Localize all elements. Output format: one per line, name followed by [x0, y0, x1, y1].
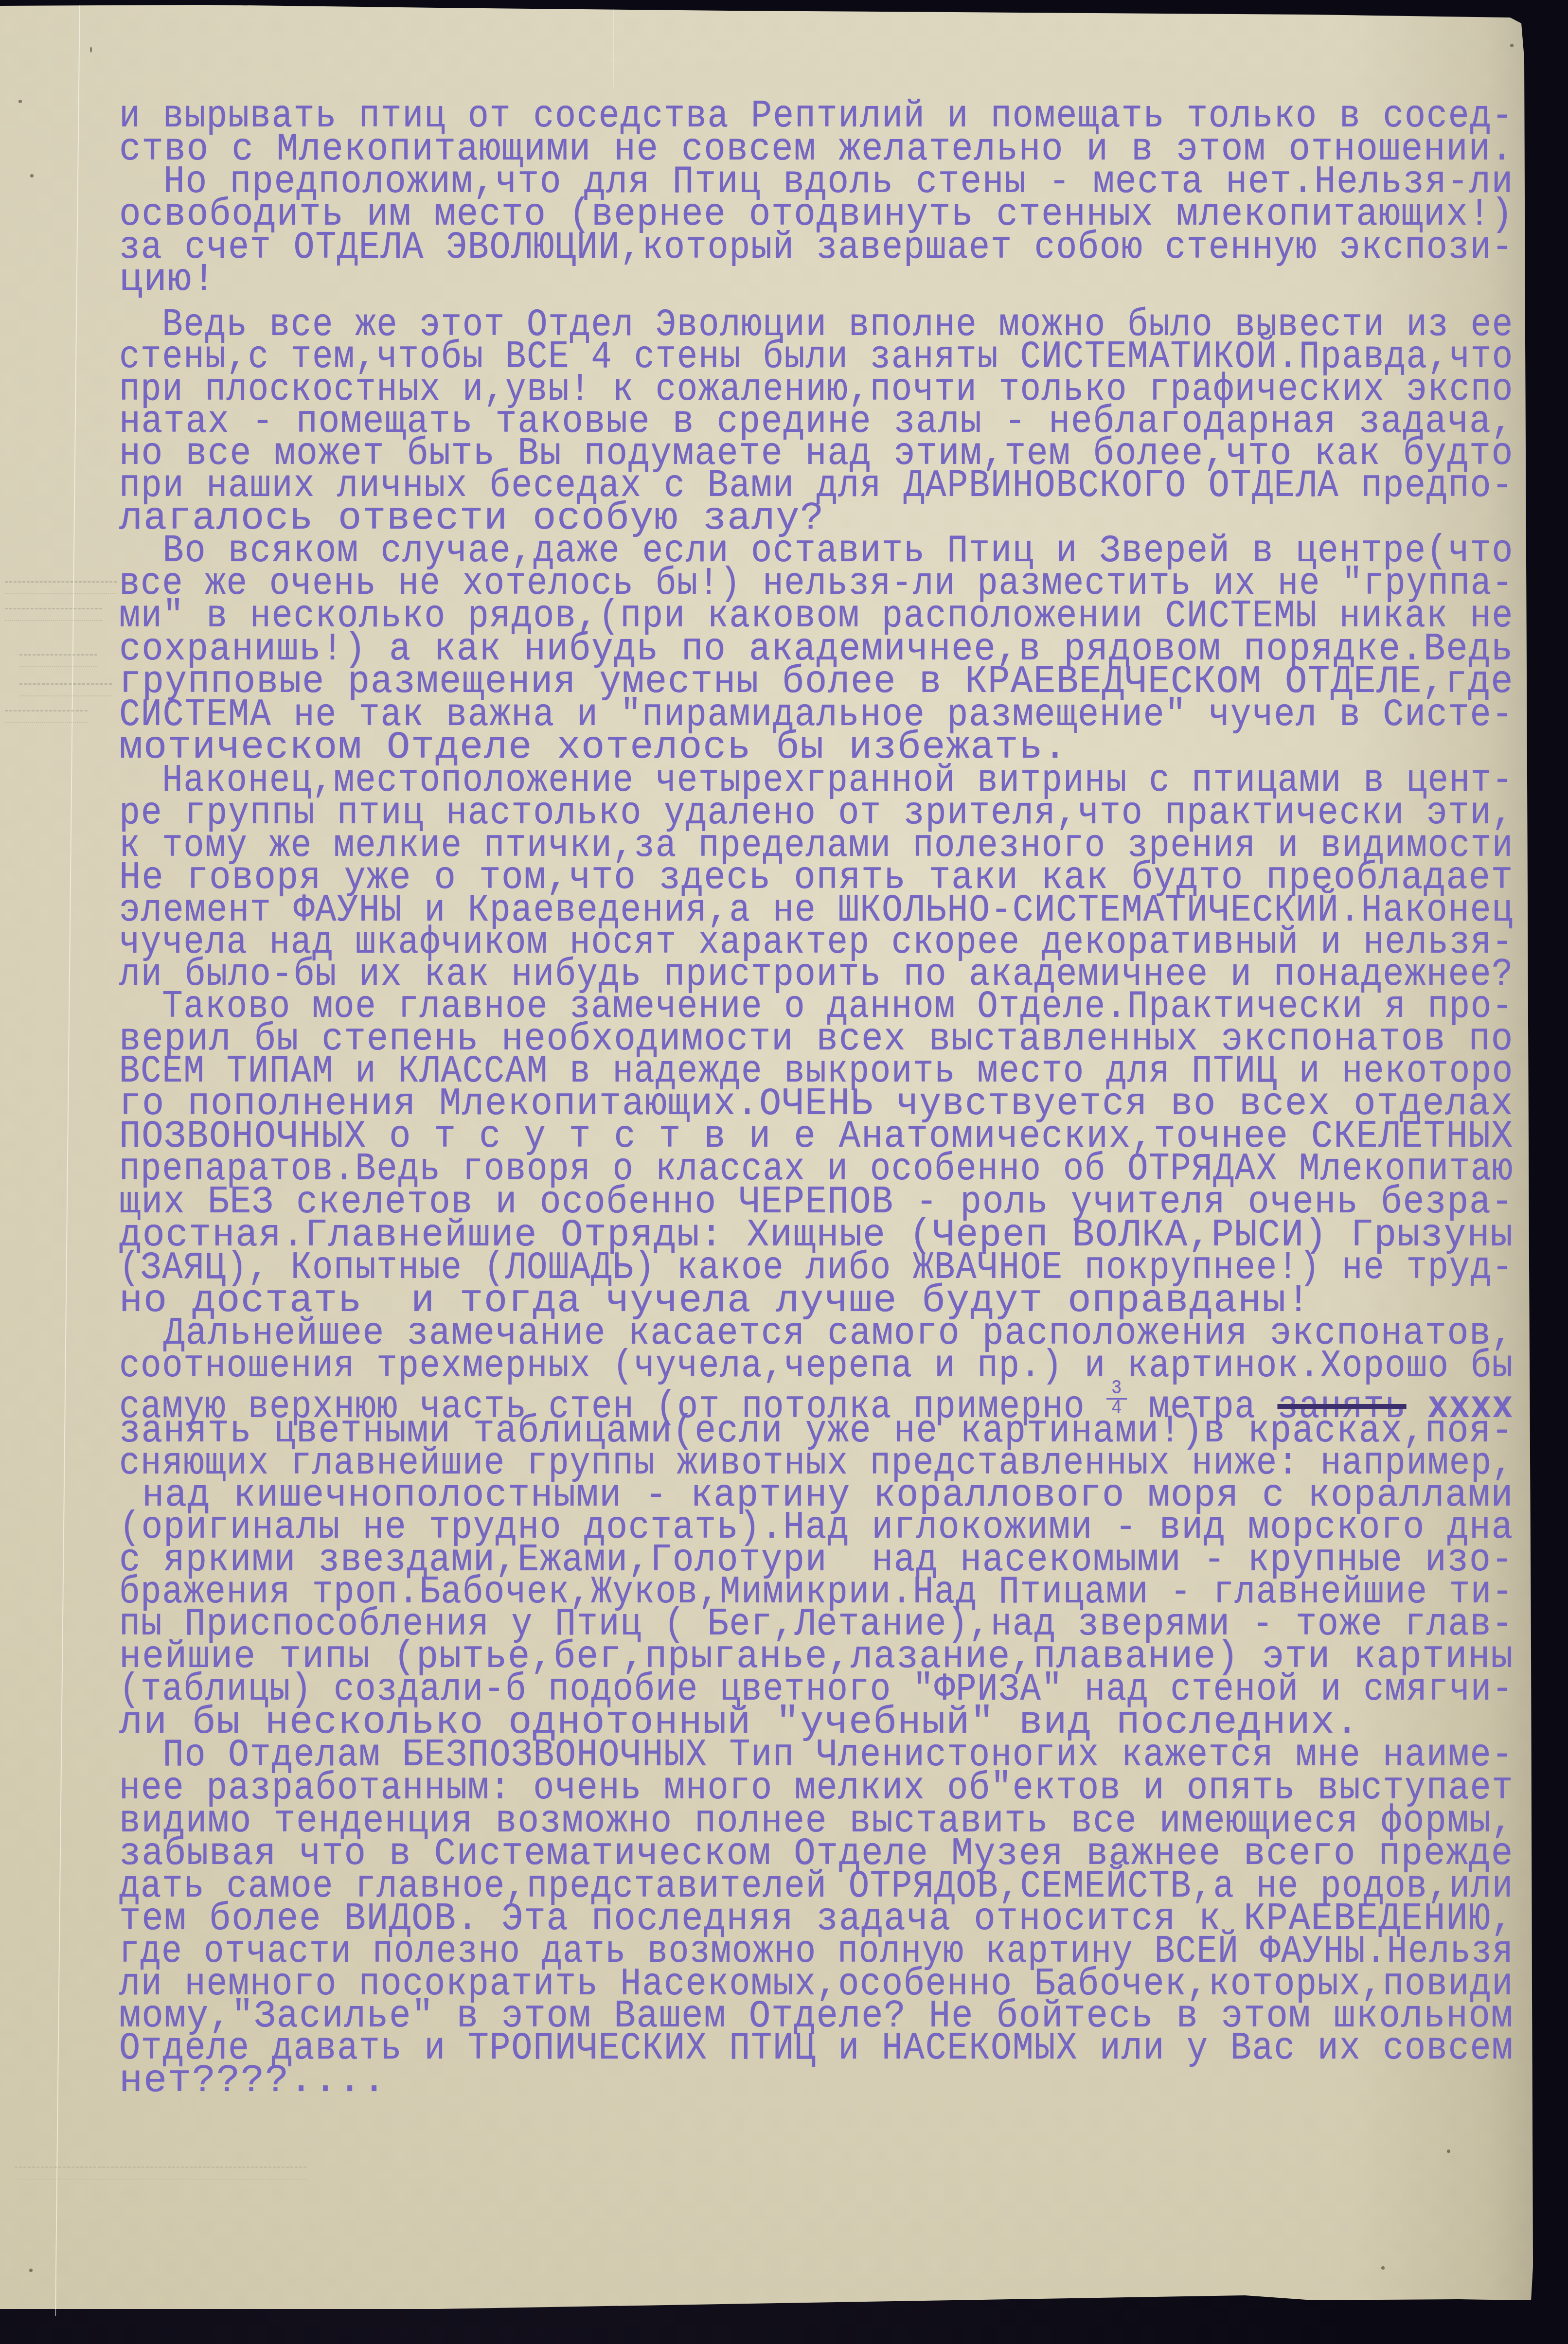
typed-line: цию! — [119, 261, 216, 300]
line-text: нет????.... — [119, 2059, 387, 2103]
line-text: цию! — [119, 258, 216, 302]
typed-line: нет????.... — [119, 2062, 387, 2101]
typed-line: за счет ОТДЕЛА ЭВОЛЮЦИИ,который завершае… — [119, 229, 1514, 267]
scan-viewport: и вырывать птиц от соседства Рептилий и … — [0, 0, 1568, 2344]
typescript-body: и вырывать птиц от соседства Рептилий и … — [0, 0, 1568, 2344]
line-text: за счет ОТДЕЛА ЭВОЛЮЦИИ,который завершае… — [119, 226, 1514, 270]
